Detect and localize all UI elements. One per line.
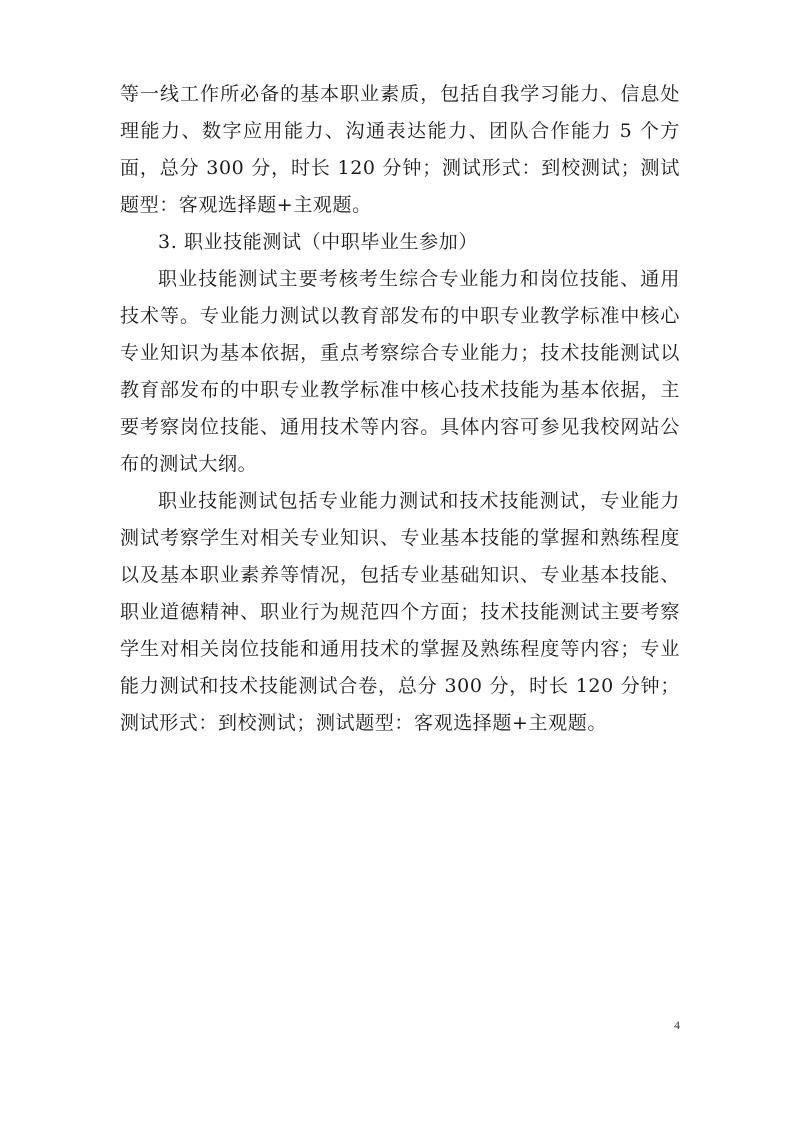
page-number: 4: [674, 1018, 680, 1033]
paragraph-body: 职业技能测试包括专业能力测试和技术技能测试，专业能力测试考察学生对相关专业知识、…: [120, 483, 680, 742]
paragraph-continuation: 等一线工作所必备的基本职业素质，包括自我学习能力、信息处理能力、数字应用能力、沟…: [120, 76, 680, 224]
section-heading: 3. 职业技能测试（中职毕业生参加）: [120, 224, 680, 261]
paragraph-body: 职业技能测试主要考核考生综合专业能力和岗位技能、通用技术等。专业能力测试以教育部…: [120, 261, 680, 483]
document-page: 等一线工作所必备的基本职业素质，包括自我学习能力、信息处理能力、数字应用能力、沟…: [120, 76, 680, 742]
